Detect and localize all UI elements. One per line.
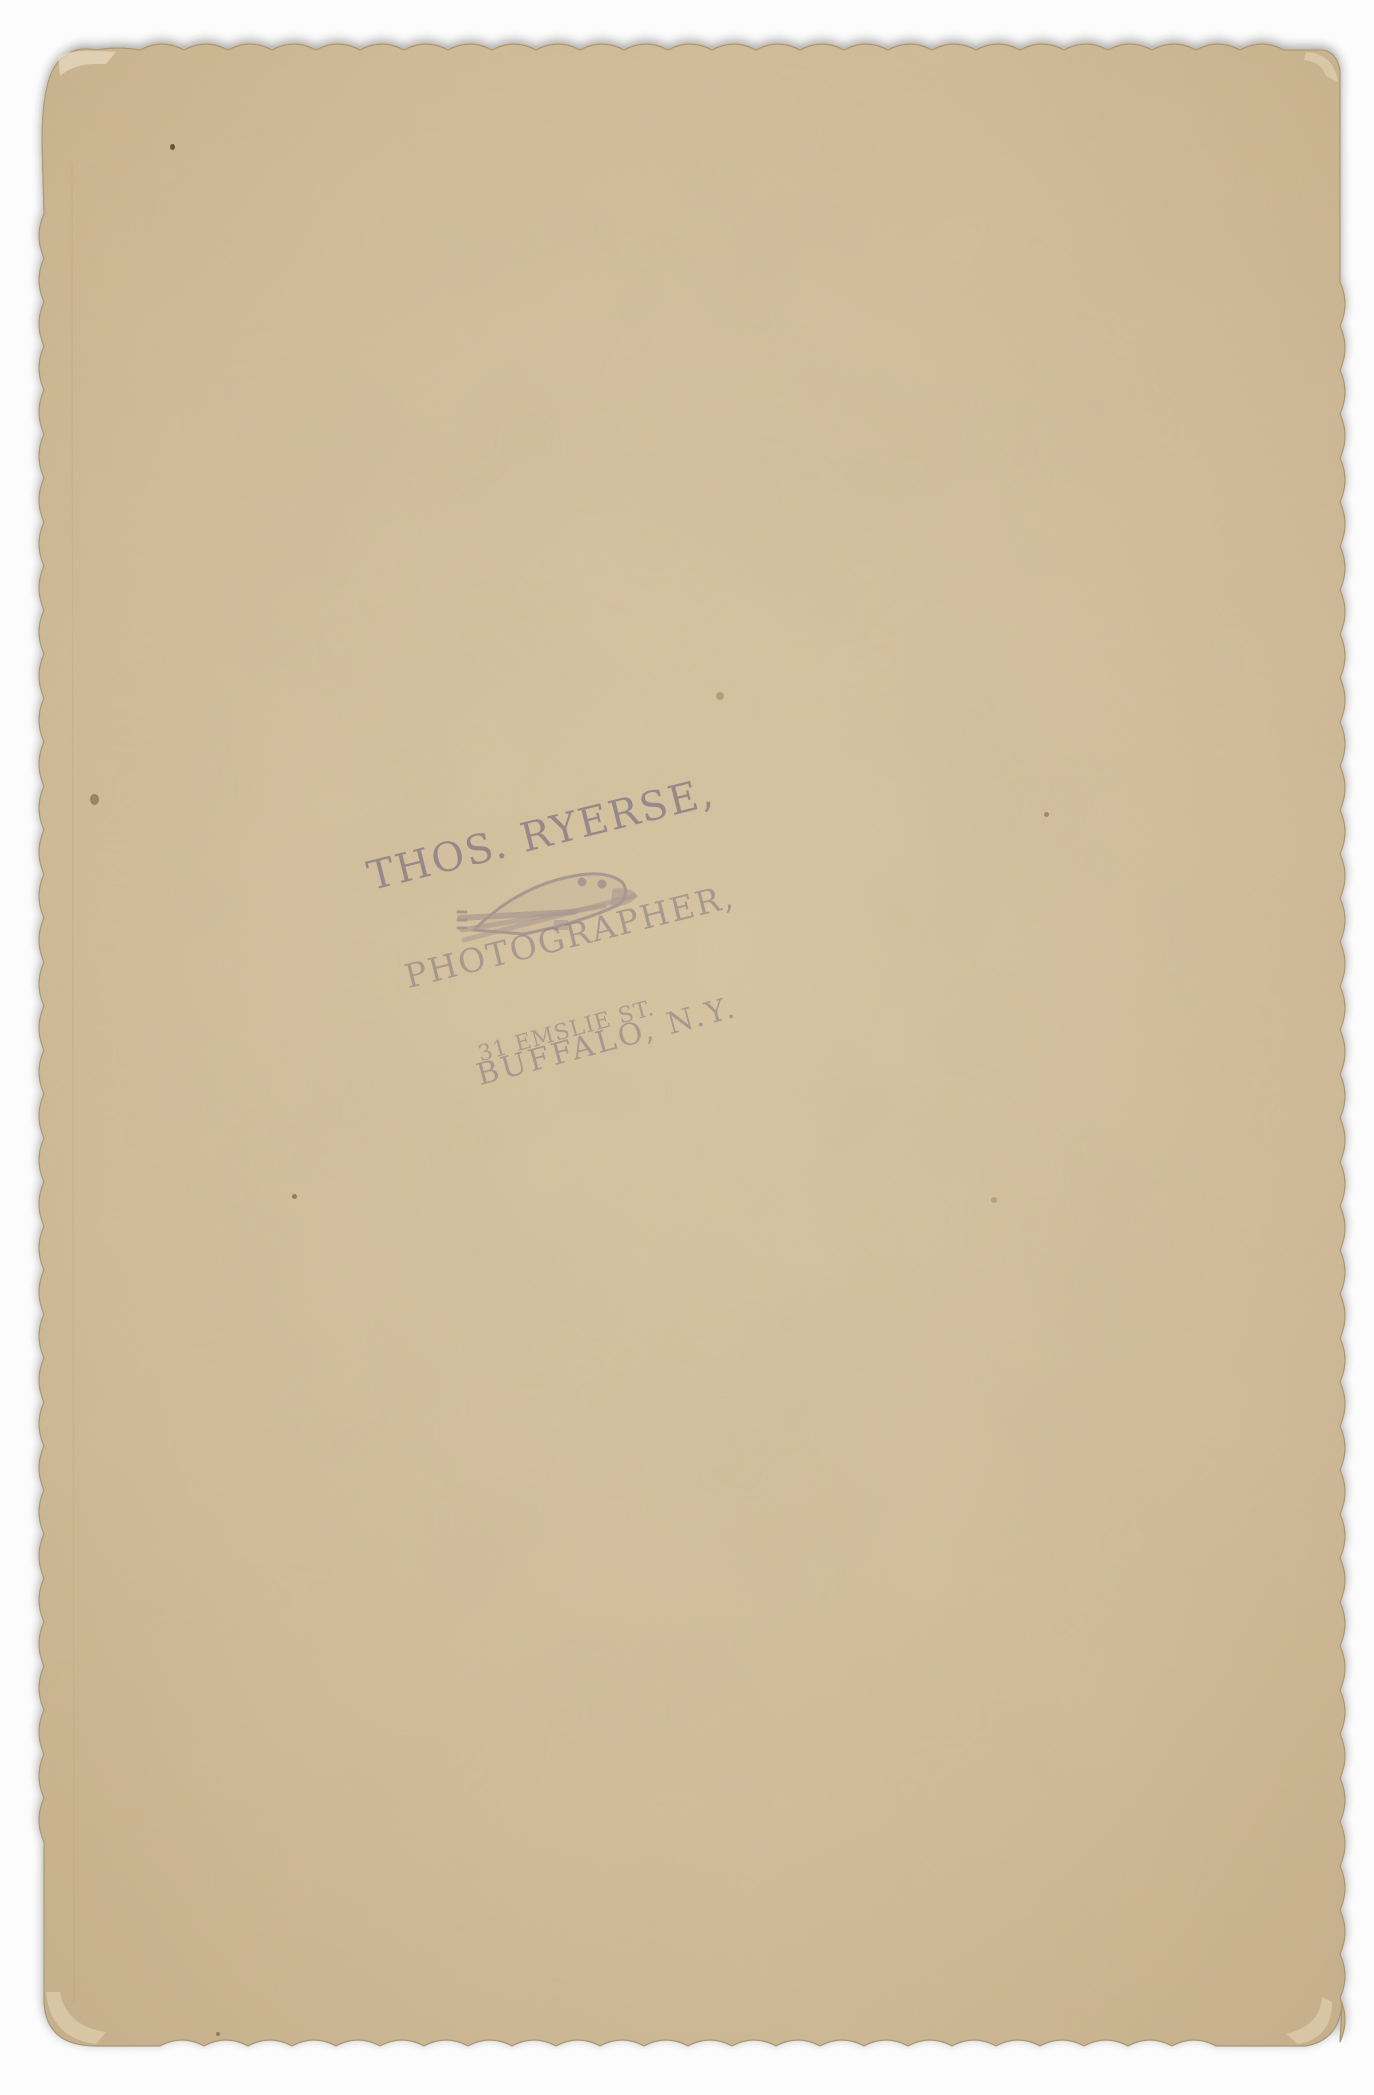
stain-spot (292, 1194, 297, 1199)
card-scalloped-shape (36, 42, 1348, 2054)
stain-spot (716, 692, 724, 700)
photo-card-back: THOS. RYERSE, PHOTOGRAPHER, 31 EMSLIE ST… (36, 42, 1348, 2054)
stain-spot (1044, 812, 1049, 817)
stain-spot (170, 144, 175, 150)
stain-spot (216, 2032, 220, 2036)
stain-spot (991, 1197, 997, 1203)
stain-spot (90, 794, 99, 805)
